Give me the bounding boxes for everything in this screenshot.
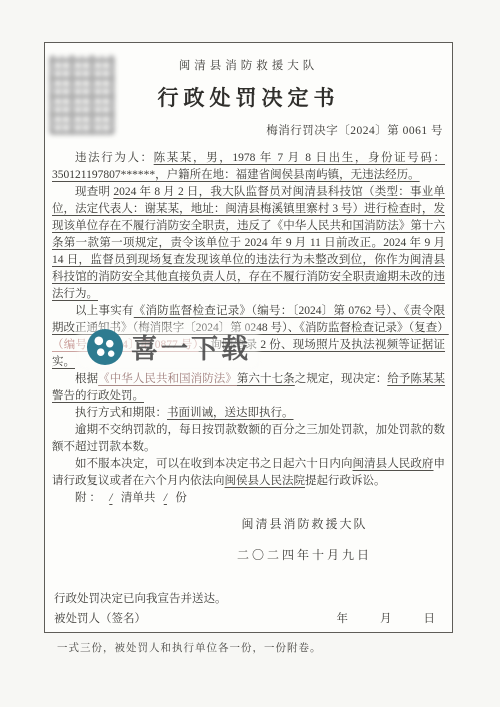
watermark-text: 喜一下载	[131, 327, 251, 366]
execution-value: 书面训诫，送达即执行。	[167, 407, 294, 419]
law-article: 第六十七条	[237, 373, 295, 385]
paragraph-violator: 违法行为人：陈某某，男，1978 年 7 月 8 日出生，身份证号码：35012…	[52, 150, 445, 184]
signature-org: 闽清县消防救援大队	[237, 515, 372, 532]
attachment-unit: 份	[175, 492, 187, 504]
copies-note: 一式三份，被处罚人和执行单位各一份，一份附卷。	[57, 640, 322, 655]
paragraph-attachment: 附 ：/清单共/份	[52, 490, 445, 507]
delivery-section: 行政处罚决定已向我宣告并送达。 被处罚人（签名） 年 月 日	[54, 591, 443, 628]
appeal-text-a: 如不服本决定，可以在收到本决定书之日起六十日内向	[75, 458, 353, 470]
signer-label: 被处罚人（签名）	[54, 611, 146, 628]
site-watermark: 喜一下载	[86, 327, 251, 366]
paragraph-execution: 执行方式和期限：书面训诫，送达即执行。	[52, 405, 445, 422]
year-blank: 年	[337, 611, 349, 628]
attachment-copies-blank: /	[155, 490, 175, 507]
paragraph-decision: 根据《中华人民共和国消防法》第六十七条之规定，现决定：给予陈某某警告的行政处罚。	[52, 371, 445, 405]
findings-label: 现查明	[75, 186, 113, 198]
appeal-text-c: 提起行政诉讼。	[305, 475, 386, 487]
attachment-label: 附 ：	[75, 492, 101, 504]
evidence-label: 以上事实有	[75, 305, 134, 317]
delivery-statement: 行政处罚决定已向我宣告并送达。	[54, 591, 443, 608]
signature-block: 闽清县消防救援大队 二〇二四年十月九日	[237, 515, 372, 563]
decision-mid: 之规定，现决定：	[295, 373, 388, 385]
delivery-date-blanks: 年 月 日	[337, 611, 436, 628]
qr-stamp-icon	[49, 55, 115, 135]
appeal-court: 闽侯县人民法院	[225, 475, 306, 487]
watermark-logo-icon	[86, 328, 124, 366]
findings-value: 2024 年 8 月 2 日，我大队监督员对闽清县科技馆（类型：事业单位，法定代…	[52, 186, 445, 300]
paragraph-late-fine: 逾期不交纳罚款的，每日按罚款数额的百分之三加处罚款，加处罚款的数额不超过罚款本数…	[52, 422, 445, 456]
day-blank: 日	[424, 611, 436, 628]
execution-label: 执行方式和期限：	[75, 407, 167, 419]
appeal-government: 闽清县人民政府	[353, 458, 434, 470]
delivery-sign-row: 被处罚人（签名） 年 月 日	[54, 611, 443, 628]
law-title: 《中华人民共和国消防法》	[98, 373, 237, 385]
paragraph-appeal: 如不服本决定，可以在收到本决定书之日起六十日内向闽清县人民政府申请行政复议或者在…	[52, 456, 445, 490]
decision-prefix: 根据	[75, 373, 98, 385]
attachment-middle: 清单共	[121, 492, 156, 504]
attachment-count-blank: /	[101, 490, 121, 507]
violator-label: 违法行为人：	[75, 152, 154, 164]
signature-date: 二〇二四年十月九日	[237, 546, 372, 563]
month-blank: 月	[380, 611, 392, 628]
paragraph-findings: 现查明 2024 年 8 月 2 日，我大队监督员对闽清县科技馆（类型：事业单位…	[52, 184, 445, 303]
